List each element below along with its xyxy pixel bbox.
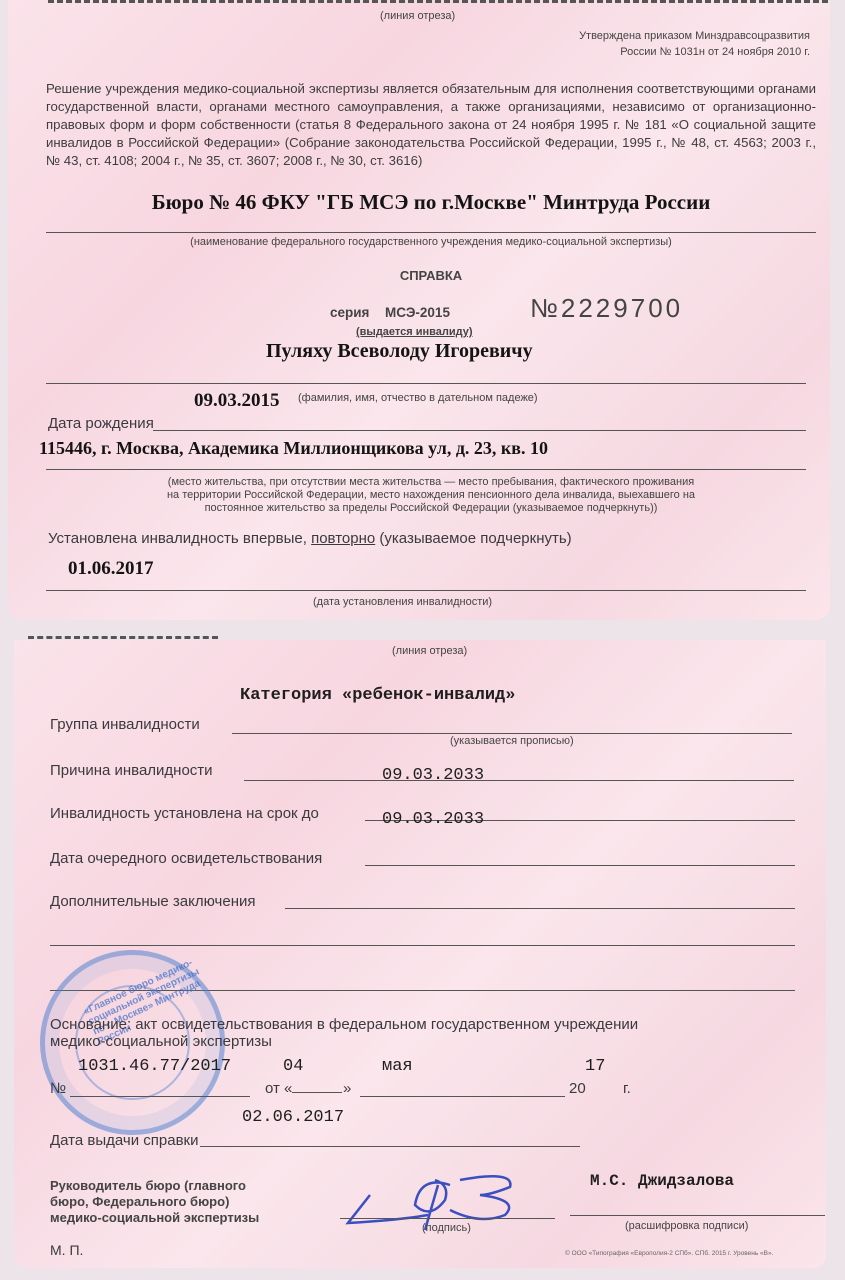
basis-line-1: Основание: акт освидетельствования в фед… <box>50 1016 638 1033</box>
act-number-value: 1031.46.77/2017 <box>78 1057 231 1076</box>
signer-field <box>570 1215 825 1216</box>
year-suffix: г. <box>623 1080 631 1097</box>
institution-name: Бюро № 46 ФКУ "ГБ МСЭ по г.Москве" Минтр… <box>46 190 816 215</box>
cut-line-label: (линия отреза) <box>392 645 467 657</box>
from-label-close: » <box>343 1080 351 1097</box>
issue-date-field <box>200 1146 580 1147</box>
act-day-field <box>292 1092 342 1093</box>
certificate-number: №2229700 <box>530 293 683 324</box>
cause-field <box>244 780 794 781</box>
disability-date-value: 01.06.2017 <box>68 558 154 580</box>
address-caption-3: постоянное жительство за пределы Российс… <box>46 502 816 514</box>
rule <box>46 383 806 384</box>
act-day-value: 04 <box>283 1057 303 1076</box>
issue-date-value: 02.06.2017 <box>242 1108 344 1127</box>
approval-line-2: России № 1031н от 24 ноября 2010 г. <box>620 46 810 58</box>
signature-field <box>340 1218 555 1219</box>
address-value: 115446, г. Москва, Академика Миллионщико… <box>39 438 548 459</box>
disability-date-caption: (дата установления инвалидности) <box>313 596 492 608</box>
rule <box>153 430 806 431</box>
number-sign: № <box>50 1080 66 1097</box>
rule <box>46 590 806 591</box>
address-caption-2: на территории Российской Федерации, мест… <box>46 489 816 501</box>
act-month-value: мая <box>382 1057 413 1076</box>
disability-established-line: Установлена инвалидность впервые, повтор… <box>48 530 572 547</box>
rule <box>46 232 816 233</box>
underlined-option: повторно <box>311 530 375 547</box>
year-prefix: 20 <box>569 1080 586 1097</box>
address-caption-1: (место жительства, при отсутствии места … <box>46 476 816 488</box>
next-exam-field <box>365 865 795 866</box>
cut-line <box>48 0 828 3</box>
group-label: Группа инвалидности <box>50 716 200 733</box>
group-field <box>232 733 792 734</box>
basis-line-2: медико-социальной экспертизы <box>50 1033 272 1050</box>
institution-caption: (наименование федерального государственн… <box>46 236 816 248</box>
group-caption: (указывается прописью) <box>450 735 574 747</box>
series-label: серия <box>330 305 369 320</box>
act-month-field <box>360 1096 565 1097</box>
act-year-value: 17 <box>585 1057 605 1076</box>
category: Категория «ребенок-инвалид» <box>240 686 515 705</box>
from-label: от « <box>265 1080 292 1097</box>
document-title: СПРАВКА <box>46 268 816 283</box>
text: Установлена инвалидность впервые, <box>48 530 311 547</box>
seal-label: М. П. <box>50 1242 83 1258</box>
text: (указываемое подчеркнуть) <box>375 530 571 547</box>
signature-caption: (подпись) <box>422 1222 471 1234</box>
approval-line-1: Утверждена приказом Минздравсоцразвития <box>579 30 810 42</box>
signer-name: М.С. Джидзалова <box>590 1172 734 1190</box>
term-label: Инвалидность установлена на срок до <box>50 805 319 822</box>
next-exam-label: Дата очередного освидетельствования <box>50 850 322 867</box>
birth-date-label: Дата рождения <box>48 415 154 432</box>
head-label-3: медико-социальной экспертизы <box>50 1210 259 1225</box>
name-caption: (фамилия, имя, отчество в дательном паде… <box>298 392 538 404</box>
printer-footer: © ООО «Типография «Европолия-2 СПб». СПб… <box>565 1250 773 1257</box>
term-value: 09.03.2033 <box>382 810 484 829</box>
additional-field-line-2 <box>50 945 795 946</box>
issued-to-caption: (выдается инвалиду) <box>356 326 473 338</box>
act-number-field <box>70 1096 250 1097</box>
issue-date-label: Дата выдачи справки <box>50 1132 198 1149</box>
cause-value: 09.03.2033 <box>382 766 484 785</box>
head-label-1: Руководитель бюро (главного <box>50 1178 246 1193</box>
rule <box>46 469 806 470</box>
recipient-name: Пуляху Всеволоду Игоревичу <box>266 340 533 363</box>
cut-line-label: (линия отреза) <box>380 10 455 22</box>
additional-field <box>285 908 795 909</box>
additional-label: Дополнительные заключения <box>50 893 255 910</box>
series-value: МСЭ-2015 <box>385 305 450 320</box>
cut-line <box>28 636 218 639</box>
legal-paragraph: Решение учреждения медико-социальной экс… <box>46 80 816 170</box>
head-label-2: бюро, Федерального бюро) <box>50 1194 229 1209</box>
signer-caption: (расшифровка подписи) <box>625 1220 748 1232</box>
certificate-top-slip: (линия отреза) Утверждена приказом Минзд… <box>8 0 830 620</box>
birth-date-value: 09.03.2015 <box>194 390 280 412</box>
cause-label: Причина инвалидности <box>50 762 213 779</box>
